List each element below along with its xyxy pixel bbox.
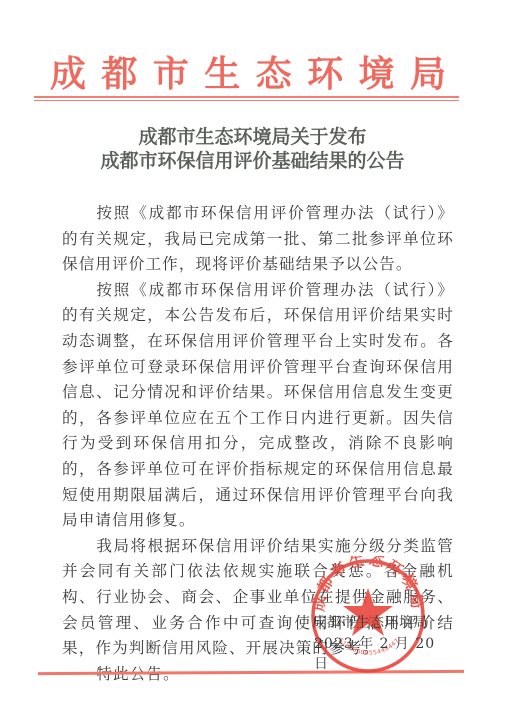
- masthead-char: 都: [99, 46, 139, 97]
- masthead-red-rule: [34, 96, 459, 101]
- notice-title-line-1: 成都市生态环境局关于发布: [0, 126, 505, 148]
- signature-organization: 成都市生态环境局: [312, 613, 452, 633]
- masthead-char: 态: [254, 46, 294, 97]
- masthead-char: 环: [305, 46, 345, 97]
- official-notice-document: 成 都 市 生 态 环 境 局 成都市生态环境局关于发布 成都市环保信用评价基础…: [0, 0, 505, 705]
- signature-date: 2023 年 2 月 20 日: [314, 634, 454, 674]
- masthead-char: 成: [48, 46, 88, 97]
- masthead-char: 生: [202, 46, 242, 97]
- body-paragraph-2: 按照《成都市环保信用评价管理办法（试行）》的有关规定，本公告发布后，环保信用评价…: [62, 278, 454, 534]
- masthead-char: 境: [357, 46, 397, 97]
- masthead-char: 局: [408, 46, 448, 97]
- body-paragraph-1: 按照《成都市环保信用评价管理办法（试行）》的有关规定，我局已完成第一批、第二批参…: [62, 201, 454, 278]
- masthead-title: 成 都 市 生 态 环 境 局: [48, 48, 448, 94]
- masthead-char: 市: [151, 46, 191, 97]
- notice-title-line-2: 成都市环保信用评价基础结果的公告: [0, 150, 505, 172]
